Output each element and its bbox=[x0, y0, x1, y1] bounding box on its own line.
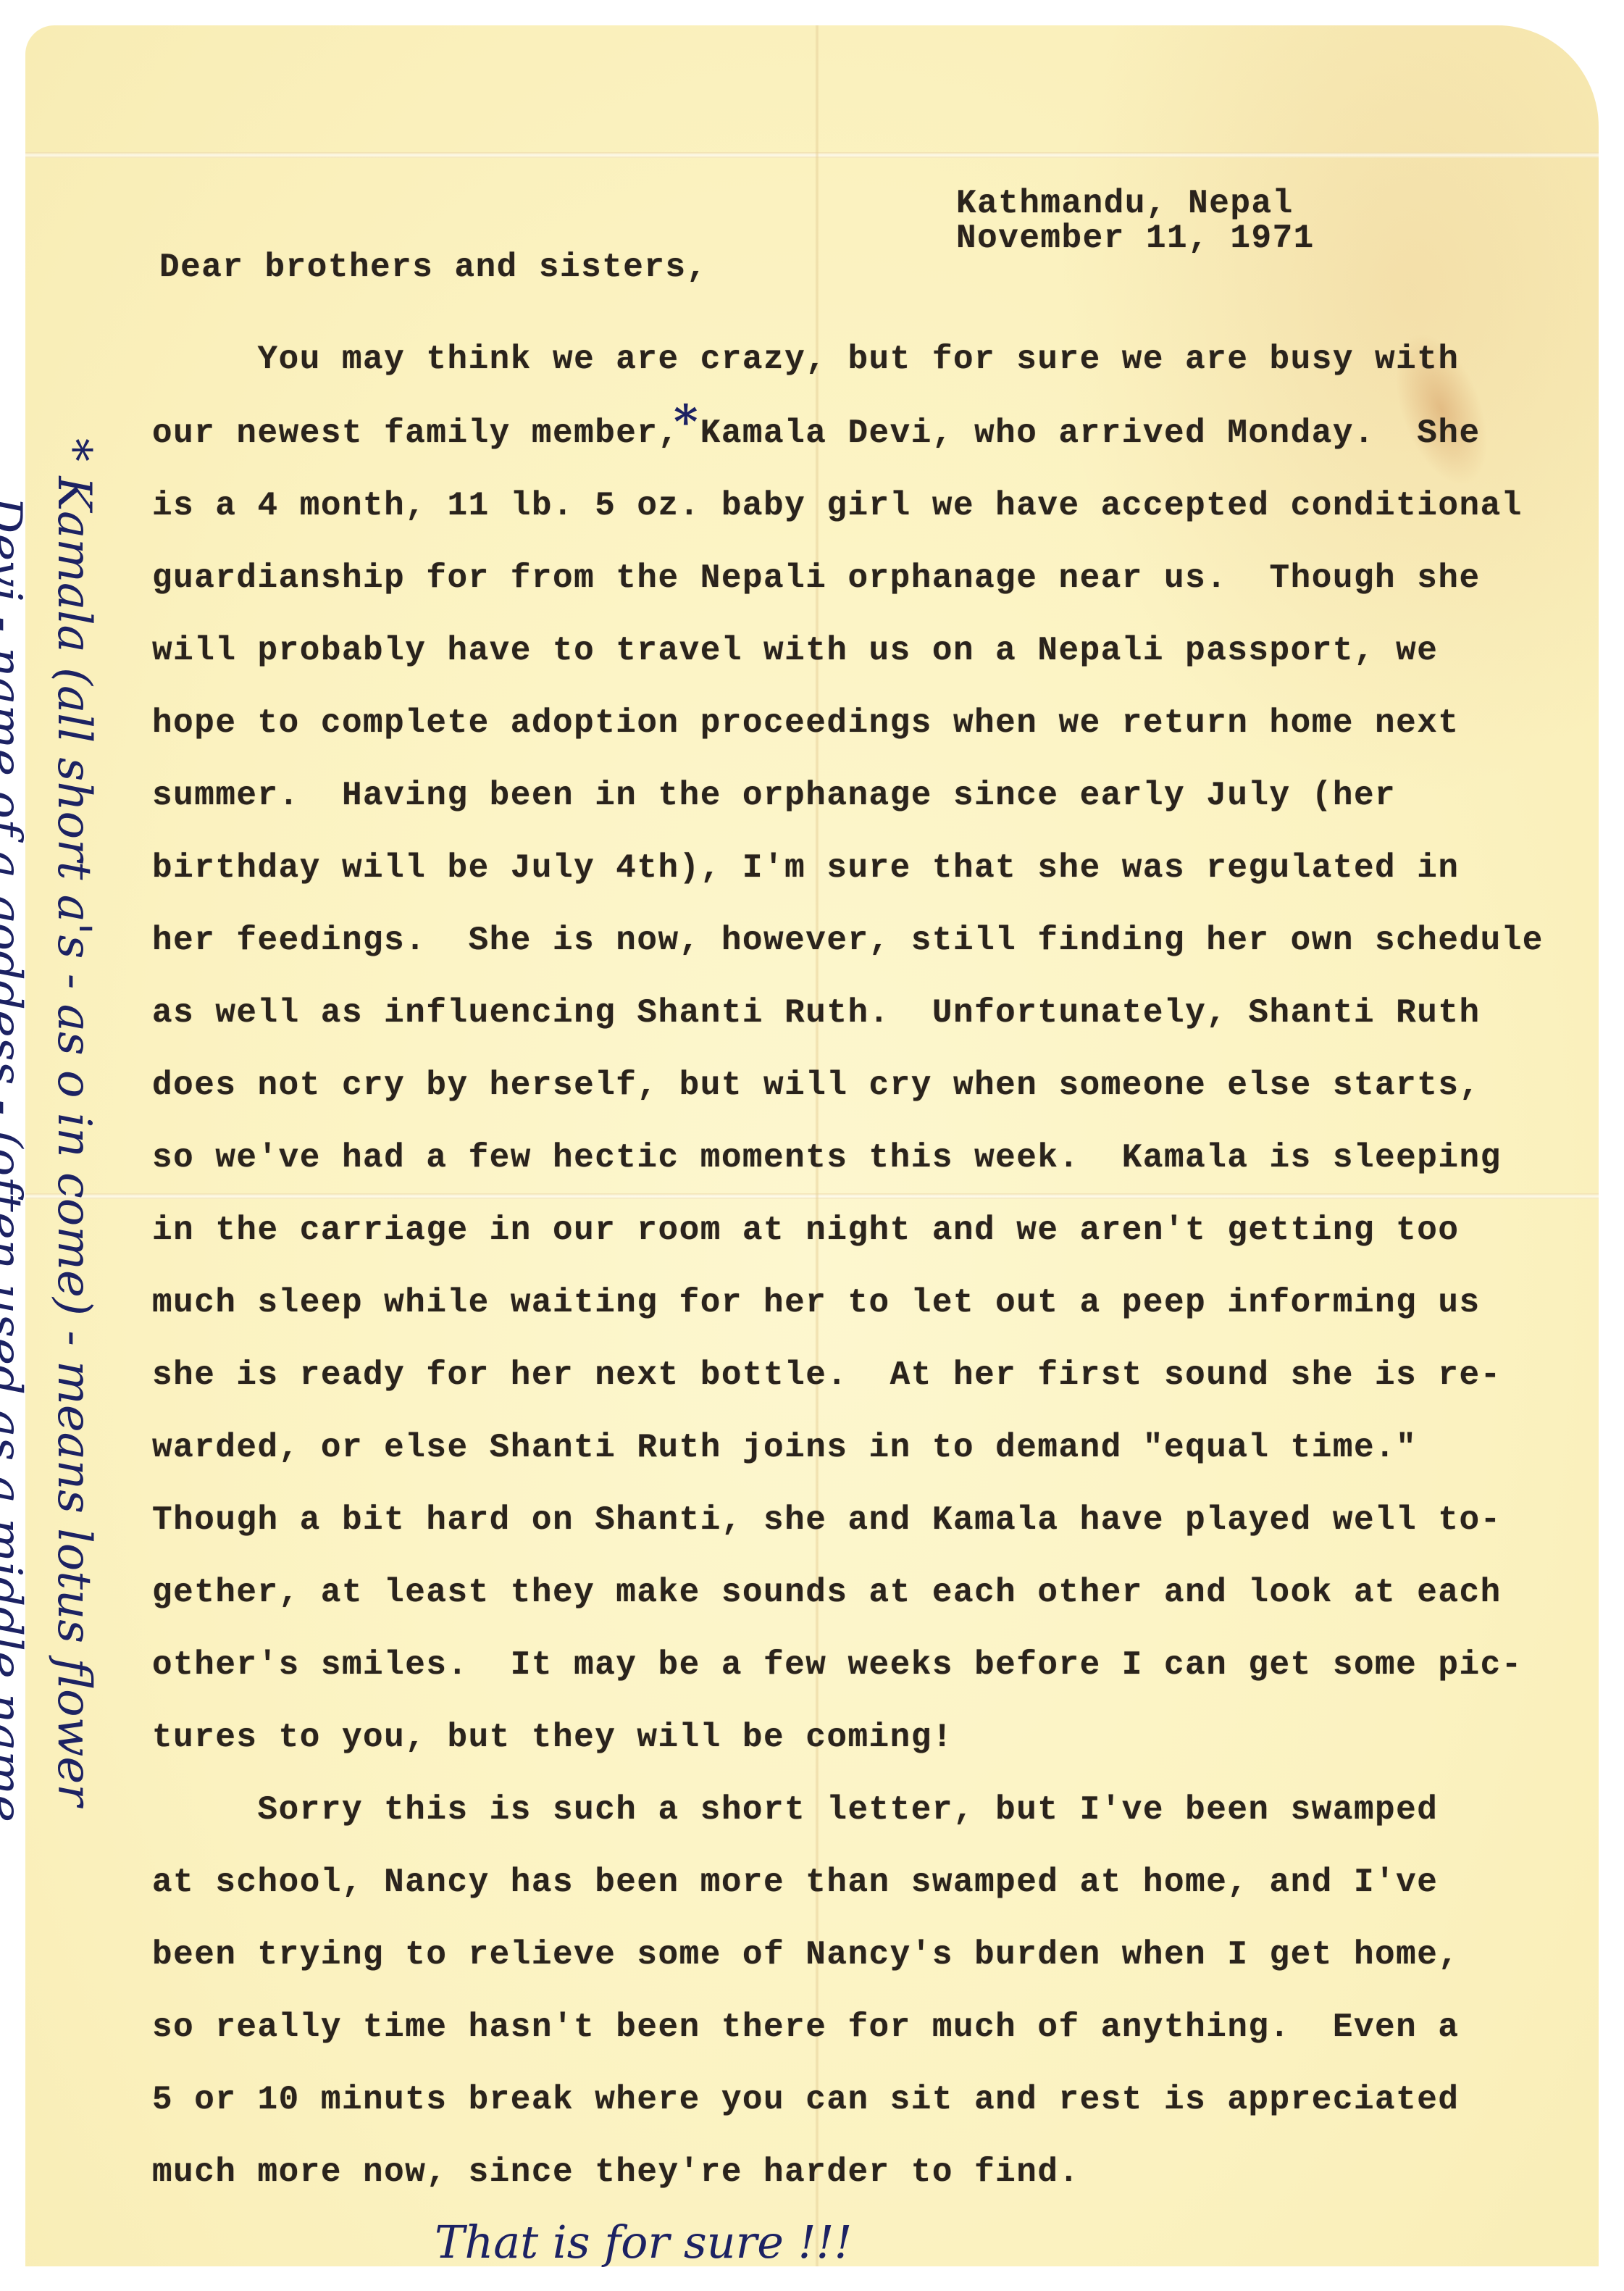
letter-line: much more now, since they're harder to f… bbox=[152, 2153, 1080, 2191]
letter-salutation: Dear brothers and sisters, bbox=[159, 249, 708, 286]
letter-date: November 11, 1971 bbox=[956, 220, 1315, 257]
margin-note: * Kamala (all short a's - as o in come) … bbox=[0, 438, 109, 1822]
letter-line: Sorry this is such a short letter, but I… bbox=[152, 1791, 1438, 1829]
letter-line: in the carriage in our room at night and… bbox=[152, 1211, 1459, 1249]
letter-line: Though a bit hard on Shanti, she and Kam… bbox=[152, 1501, 1502, 1539]
letter-line: our newest family member, Kamala Devi, w… bbox=[152, 414, 1481, 452]
letter-line: summer. Having been in the orphanage sin… bbox=[152, 777, 1396, 814]
letter-line: You may think we are crazy, but for sure… bbox=[152, 341, 1459, 378]
insert-asterisk: * bbox=[674, 395, 698, 449]
letter-line: warded, or else Shanti Ruth joins in to … bbox=[152, 1429, 1417, 1466]
letter-line: her feedings. She is now, however, still… bbox=[152, 922, 1544, 959]
letter-line: tures to you, but they will be coming! bbox=[152, 1719, 953, 1756]
letter-line: is a 4 month, 11 lb. 5 oz. baby girl we … bbox=[152, 487, 1523, 525]
letter-line: gether, at least they make sounds at eac… bbox=[152, 1574, 1502, 1611]
fold-crease-top bbox=[25, 152, 1599, 158]
letter-line: at school, Nancy has been more than swam… bbox=[152, 1864, 1438, 1901]
letter-line: as well as influencing Shanti Ruth. Unfo… bbox=[152, 994, 1481, 1032]
letter-line: so we've had a few hectic moments this w… bbox=[152, 1139, 1502, 1177]
letter-line: birthday will be July 4th), I'm sure tha… bbox=[152, 849, 1459, 887]
letter-line: does not cry by herself, but will cry wh… bbox=[152, 1067, 1481, 1104]
fold-crease-middle bbox=[25, 1193, 1599, 1199]
margin-note-line-1: * Kamala (all short a's - as o in come) … bbox=[39, 438, 109, 1822]
margin-note-line-2: Devi - name of a goddess - (often used a… bbox=[0, 438, 39, 1822]
letter-line: much sleep while waiting for her to let … bbox=[152, 1284, 1481, 1322]
letter-line: hope to complete adoption proceedings wh… bbox=[152, 704, 1459, 742]
letter-place: Kathmandu, Nepal bbox=[956, 185, 1294, 222]
letter-line: she is ready for her next bottle. At her… bbox=[152, 1356, 1502, 1394]
letter-line: so really time hasn't been there for muc… bbox=[152, 2008, 1459, 2046]
handwritten-footer: That is for sure !!! bbox=[435, 2216, 852, 2269]
letter-line: guardianship for from the Nepali orphana… bbox=[152, 559, 1481, 597]
letter-line: other's smiles. It may be a few weeks be… bbox=[152, 1646, 1523, 1684]
letter-line: been trying to relieve some of Nancy's b… bbox=[152, 1936, 1459, 1974]
letter-line: will probably have to travel with us on … bbox=[152, 632, 1438, 669]
letter-line: 5 or 10 minuts break where you can sit a… bbox=[152, 2081, 1459, 2119]
margin-asterisk: * bbox=[47, 438, 101, 462]
